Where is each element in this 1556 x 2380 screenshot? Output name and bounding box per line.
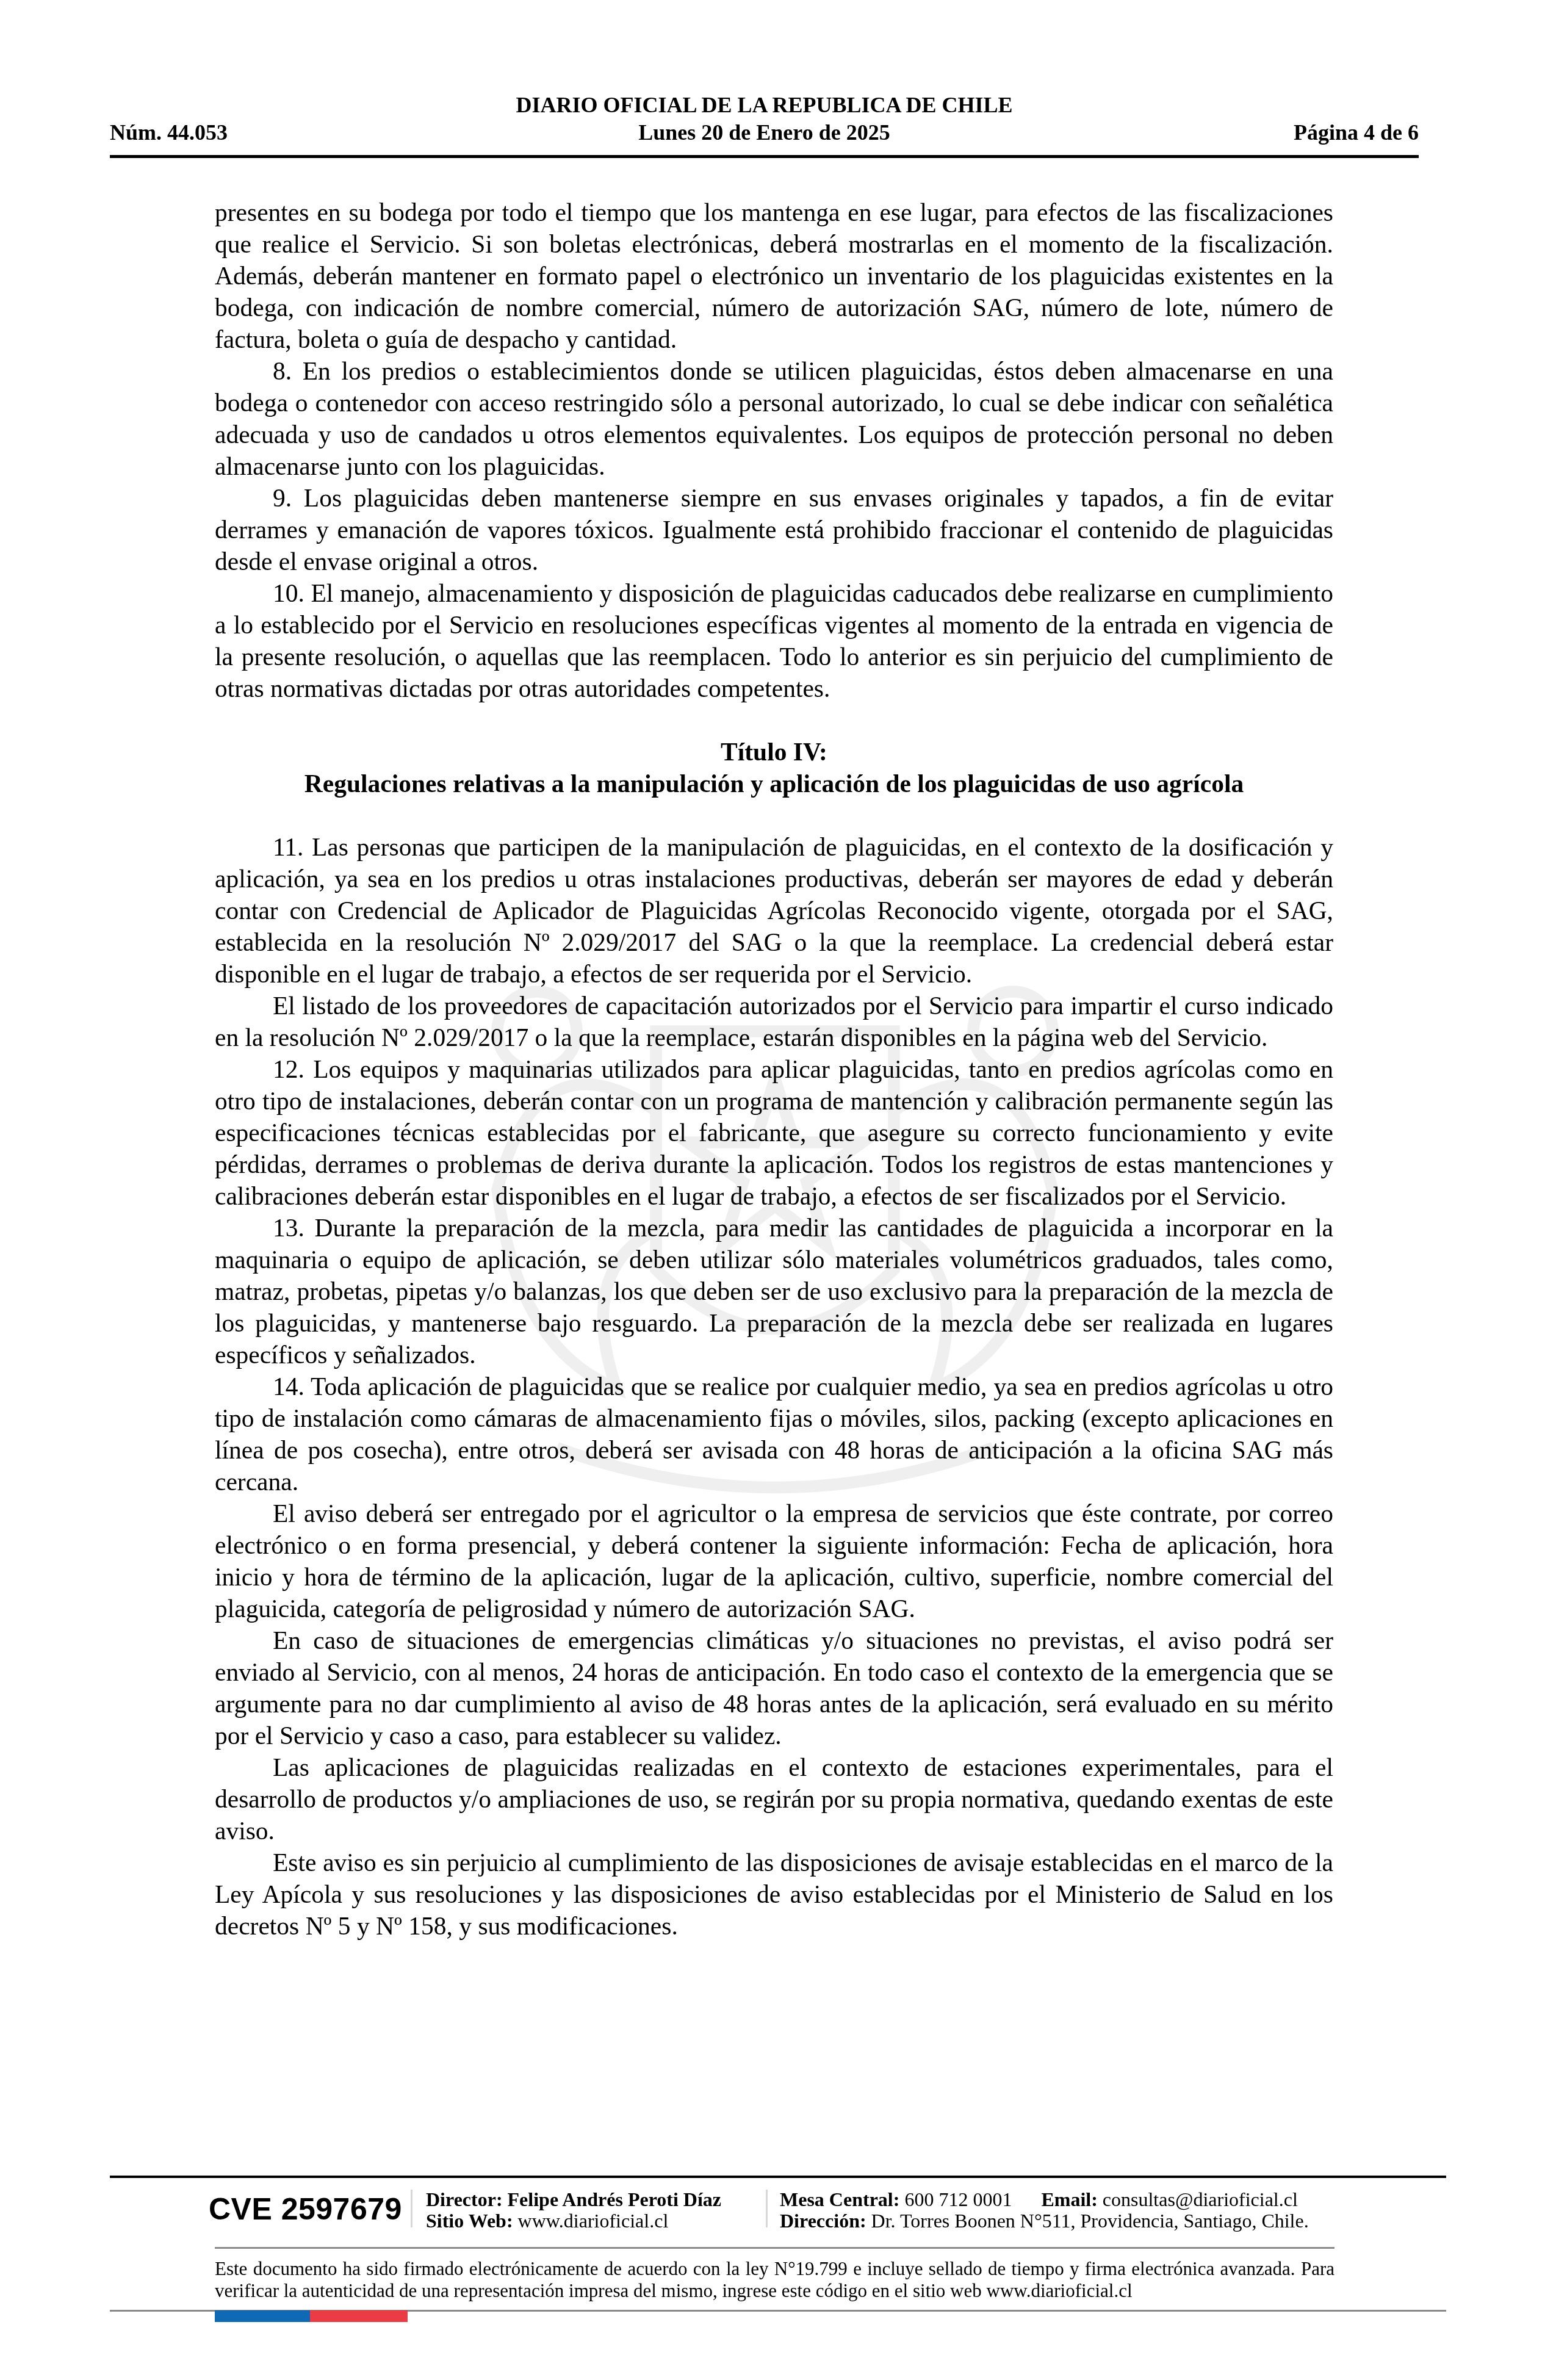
paragraph: El aviso deberá ser entregado por el agr…	[215, 1498, 1333, 1625]
footer-divider-mid	[215, 2247, 1334, 2249]
section-subtitle: Regulaciones relativas a la manipulación…	[215, 768, 1333, 799]
flag-blue-segment	[215, 2310, 310, 2322]
paragraph: Este aviso es sin perjuicio al cumplimie…	[215, 1847, 1333, 1942]
paragraph: 14. Toda aplicación de plaguicidas que s…	[215, 1371, 1333, 1498]
paragraph: 8. En los predios o establecimientos don…	[215, 355, 1333, 482]
paragraph: presentes en su bodega por todo el tiemp…	[215, 197, 1333, 355]
footer-separator	[766, 2190, 768, 2227]
footer-divider-top	[110, 2176, 1446, 2178]
page-number: Página 4 de 6	[1294, 118, 1419, 146]
paragraph: 13. Durante la preparación de la mezcla,…	[215, 1212, 1333, 1371]
section-title: Título IV:	[215, 736, 1333, 768]
publication-title: DIARIO OFICIAL DE LA REPUBLICA DE CHILE	[110, 92, 1419, 118]
footer-separator	[411, 2190, 412, 2227]
website-link[interactable]: www.diarioficial.cl	[518, 2210, 669, 2232]
header-divider	[110, 155, 1419, 158]
address: Dr. Torres Boonen N°511, Providencia, Sa…	[871, 2210, 1309, 2232]
paragraphs-before-section: presentes en su bodega por todo el tiemp…	[215, 197, 1333, 704]
issue-date: Lunes 20 de Enero de 2025	[110, 118, 1419, 146]
footer-director-block: Director: Felipe Andrés Peroti Díaz Siti…	[426, 2189, 721, 2232]
paragraph: 9. Los plaguicidas deben mantenerse siem…	[215, 482, 1333, 577]
paragraph: 11. Las personas que participen de la ma…	[215, 831, 1333, 990]
phone-label: Mesa Central:	[780, 2188, 899, 2210]
email-label: Email:	[1041, 2188, 1097, 2210]
section-heading: Título IV: Regulaciones relativas a la m…	[215, 736, 1333, 799]
flag-red-segment	[310, 2310, 408, 2322]
signature-notice: Este documento ha sido firmado electróni…	[215, 2258, 1334, 2302]
email-link[interactable]: consultas@diarioficial.cl	[1103, 2188, 1298, 2210]
director-name: Felipe Andrés Peroti Díaz	[508, 2188, 721, 2210]
website-label: Sitio Web:	[426, 2210, 513, 2232]
paragraph: En caso de situaciones de emergencias cl…	[215, 1625, 1333, 1751]
document-body: presentes en su bodega por todo el tiemp…	[215, 197, 1333, 1942]
paragraph: Las aplicaciones de plaguicidas realizad…	[215, 1751, 1333, 1847]
cve-code: CVE 2597679	[209, 2191, 402, 2227]
flag-color-bar	[215, 2310, 408, 2322]
paragraph: 12. Los equipos y maquinarias utilizados…	[215, 1053, 1333, 1212]
page-header: DIARIO OFICIAL DE LA REPUBLICA DE CHILE …	[110, 92, 1419, 146]
director-label: Director:	[426, 2188, 503, 2210]
address-label: Dirección:	[780, 2210, 866, 2232]
paragraph: 10. El manejo, almacenamiento y disposic…	[215, 577, 1333, 704]
paragraphs-after-section: 11. Las personas que participen de la ma…	[215, 831, 1333, 1942]
phone-number: 600 712 0001	[904, 2188, 1012, 2210]
footer-contact-block: Mesa Central: 600 712 0001 Email: consul…	[780, 2189, 1309, 2232]
paragraph: El listado de los proveedores de capacit…	[215, 990, 1333, 1053]
